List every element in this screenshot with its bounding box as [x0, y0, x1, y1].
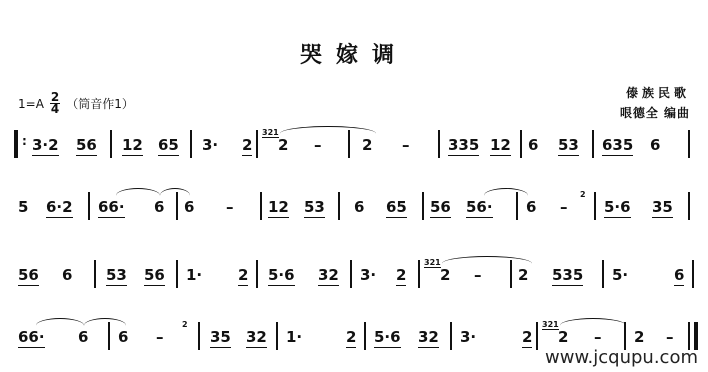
- grace-notes: 321: [542, 320, 559, 330]
- note: 12: [122, 136, 143, 156]
- barline: [198, 322, 200, 350]
- note: 32: [418, 328, 439, 348]
- note: 5·: [612, 266, 628, 284]
- barline: [94, 260, 96, 288]
- note: 2: [518, 266, 528, 284]
- note: 2: [396, 266, 406, 286]
- final-barline: [694, 322, 698, 350]
- note: 6: [118, 328, 128, 346]
- time-signature: 2 4: [50, 92, 60, 115]
- note: 1·: [286, 328, 302, 346]
- barline: [688, 192, 690, 220]
- note: 6: [354, 198, 364, 216]
- grace-notes: 321: [262, 128, 279, 138]
- key-label: 1=A: [18, 97, 44, 111]
- note: 6·2: [46, 198, 73, 218]
- barline: [692, 260, 694, 288]
- tie-arc: [116, 188, 160, 203]
- note: 3·: [360, 266, 376, 284]
- barline: [108, 322, 110, 350]
- note: 335: [448, 136, 479, 156]
- grace-note: 2: [182, 320, 188, 329]
- barline: [176, 192, 178, 220]
- note: 3·2: [32, 136, 59, 156]
- note: 6: [528, 136, 538, 154]
- barline: [190, 130, 192, 158]
- note: 5·6: [268, 266, 295, 286]
- score-row-3: 56 6 53 56 1· 2 5·6 32 3· 2 321 2 – 2 53…: [14, 256, 704, 296]
- note: 53: [106, 266, 127, 286]
- note: 65: [386, 198, 407, 218]
- barline: [624, 322, 626, 350]
- note: 3·: [202, 136, 218, 154]
- dash: –: [156, 328, 164, 346]
- note: 6: [674, 266, 684, 286]
- barline: [364, 322, 366, 350]
- note: 3·: [460, 328, 476, 346]
- grace-note: 2: [580, 190, 586, 199]
- barline: [350, 260, 352, 288]
- note: 2: [522, 328, 532, 348]
- tuning-note: （筒音作1）: [66, 95, 134, 112]
- note: 6: [526, 198, 536, 216]
- page-title: 哭嫁调: [0, 38, 708, 69]
- note: 56: [144, 266, 165, 286]
- barline: [418, 260, 420, 288]
- watermark: www.jcqupu.com: [545, 347, 698, 368]
- barline: [422, 192, 424, 220]
- barline: [276, 322, 278, 350]
- barline: [510, 260, 512, 288]
- note: 2: [362, 136, 372, 154]
- dash: –: [560, 198, 568, 216]
- key-signature: 1=A 2 4 （筒音作1）: [18, 92, 134, 115]
- dash: –: [402, 136, 410, 154]
- barline: [592, 130, 594, 158]
- barline: [520, 130, 522, 158]
- arranger-credit: 哏德全 编曲: [620, 104, 690, 121]
- barline: [536, 322, 538, 350]
- note: 53: [558, 136, 579, 156]
- origin-credit: 傣族民歌: [626, 84, 690, 101]
- note: 5·6: [374, 328, 401, 348]
- barline: [516, 192, 518, 220]
- tie-arc: [560, 318, 626, 333]
- note: 32: [318, 266, 339, 286]
- repeat-start-barline: [14, 130, 18, 158]
- barline: [176, 260, 178, 288]
- barline: [602, 260, 604, 288]
- note: 635: [602, 136, 633, 156]
- tie-arc: [484, 188, 528, 203]
- note: 6: [184, 198, 194, 216]
- note: 535: [552, 266, 583, 286]
- note: 32: [246, 328, 267, 348]
- note: 6: [650, 136, 660, 154]
- barline: [438, 130, 440, 158]
- barline: [348, 130, 350, 158]
- note: 2: [346, 328, 356, 348]
- barline: [256, 130, 258, 158]
- note: 12: [490, 136, 511, 156]
- note: 2: [238, 266, 248, 286]
- note: 35: [210, 328, 231, 348]
- note: 5·6: [604, 198, 631, 218]
- note: 12: [268, 198, 289, 218]
- note: 65: [158, 136, 179, 156]
- barline: [110, 130, 112, 158]
- note: 53: [304, 198, 325, 218]
- note: 2: [634, 328, 644, 346]
- note: 2: [242, 136, 252, 156]
- grace-notes: 321: [424, 258, 441, 268]
- score-row-2: 5 6·2 66· 6 6 – 12 53 6 65 56 56· 6 – 2 …: [14, 188, 704, 228]
- note: 6: [62, 266, 72, 284]
- note: 5: [18, 198, 28, 216]
- score-row-1: : 3·2 56 12 65 3· 2 321 2 – 2 – 335 12 6…: [14, 126, 704, 166]
- barline: [594, 192, 596, 220]
- note: 56: [18, 266, 39, 286]
- note: 1·: [186, 266, 202, 284]
- dash: –: [226, 198, 234, 216]
- note: 35: [652, 198, 673, 218]
- barline: [88, 192, 90, 220]
- barline: [450, 322, 452, 350]
- note: 56: [76, 136, 97, 156]
- barline: [688, 322, 690, 350]
- tie-arc: [36, 318, 84, 333]
- dash: –: [666, 328, 674, 346]
- repeat-dots: :: [22, 134, 27, 148]
- note: 56: [430, 198, 451, 218]
- barline: [256, 260, 258, 288]
- barline: [260, 192, 262, 220]
- barline: [338, 192, 340, 220]
- barline: [688, 130, 690, 158]
